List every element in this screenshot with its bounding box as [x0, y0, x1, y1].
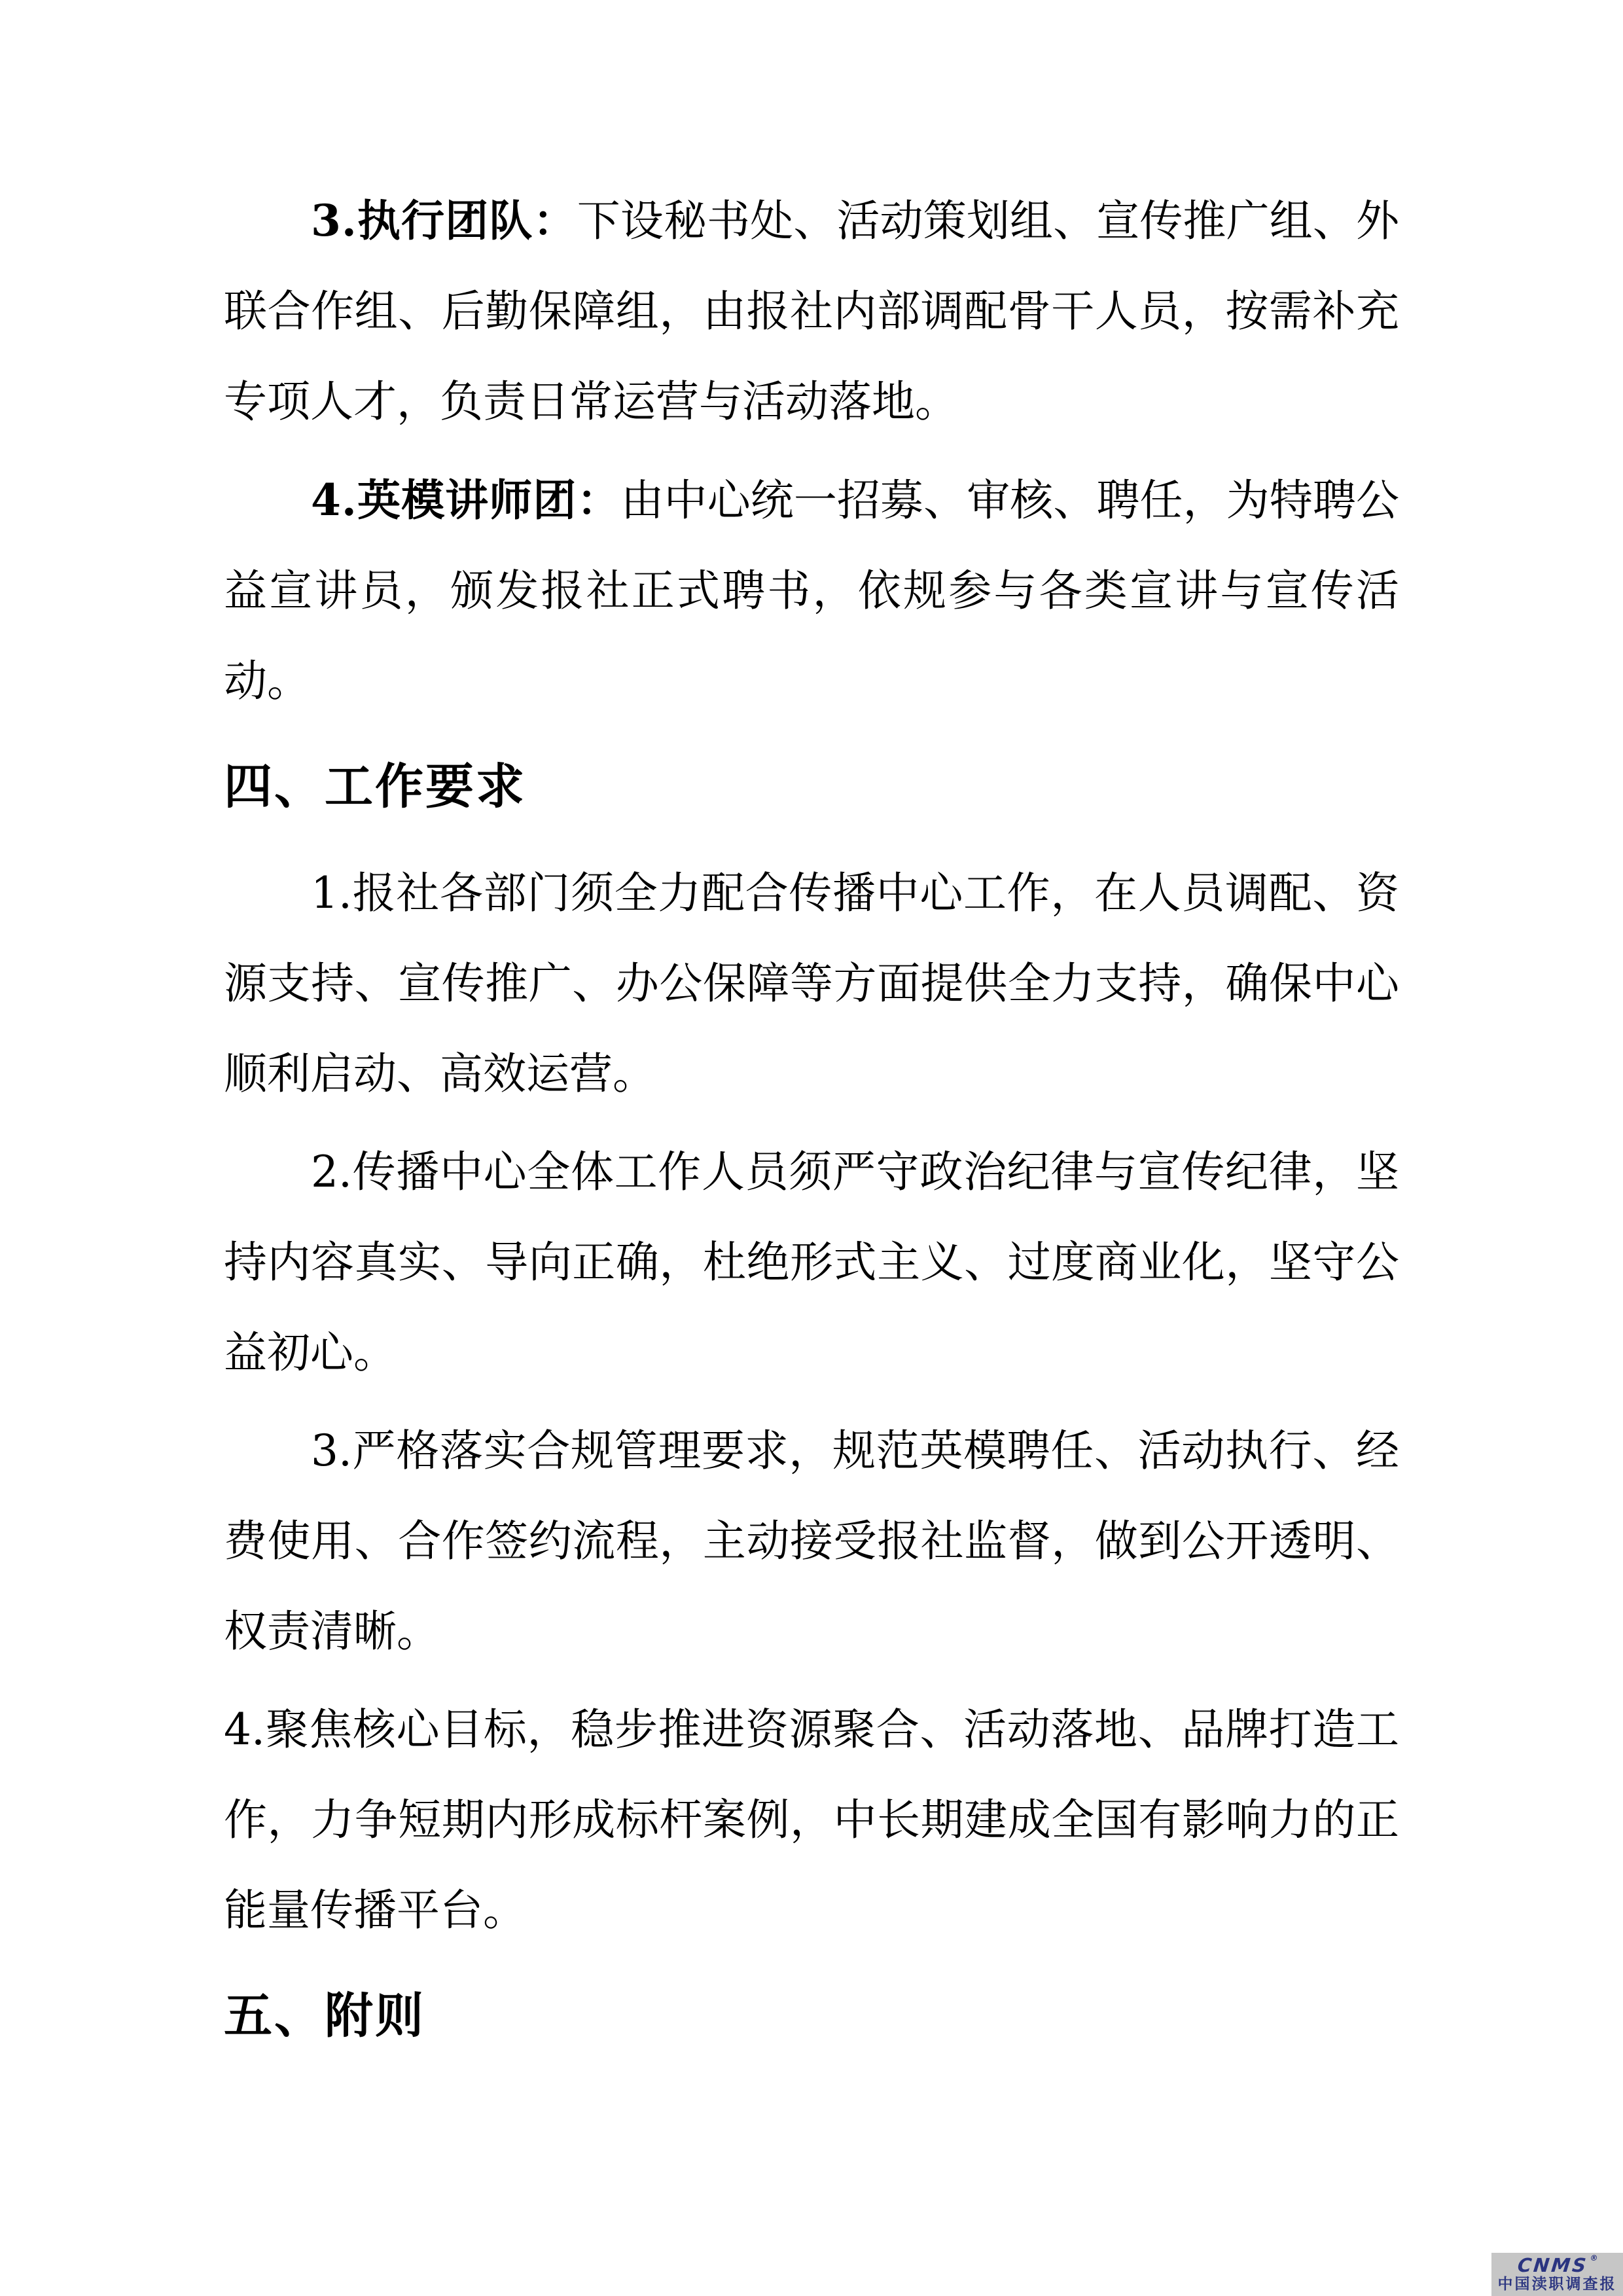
cnms-logo-row: CNMS ®: [1516, 2256, 1597, 2275]
paragraph-requirement-4: 4.聚焦核心目标，稳步推进资源聚合、活动落地、品牌打造工作，力争短期内形成标杆案…: [224, 1685, 1399, 1956]
paragraph-text: 2.传播中心全体工作人员须严守政治纪律与宣传纪律，坚持内容真实、导向正确，杜绝形…: [224, 1147, 1399, 1378]
paragraph-text: 4.聚焦核心目标，稳步推进资源聚合、活动落地、品牌打造工作，力争短期内形成标杆案…: [224, 1704, 1399, 1935]
cnms-watermark-logo: CNMS ® 中国渎职调查报: [1491, 2253, 1623, 2296]
section-heading-supplementary: 五、附则: [224, 1964, 1399, 2068]
paragraph-requirement-3: 3.严格落实合规管理要求，规范英模聘任、活动执行、经费使用、合作签约流程，主动接…: [224, 1406, 1399, 1677]
paragraph-requirement-1: 1.报社各部门须全力配合传播中心工作，在人员调配、资源支持、宣传推广、办公保障等…: [224, 848, 1399, 1119]
paragraph-text: 3.严格落实合规管理要求，规范英模聘任、活动执行、经费使用、合作签约流程，主动接…: [224, 1426, 1399, 1657]
document-page: 3.执行团队：下设秘书处、活动策划组、宣传推广组、外联合作组、后勤保障组，由报社…: [0, 0, 1623, 2296]
section-heading-work-requirements: 四、工作要求: [224, 734, 1399, 839]
watermark-org-name: 中国渎职调查报: [1498, 2276, 1617, 2292]
paragraph-text: 1.报社各部门须全力配合传播中心工作，在人员调配、资源支持、宣传推广、办公保障等…: [224, 868, 1399, 1099]
paragraph-bold-label: 3.执行团队：: [311, 195, 577, 246]
registered-trademark-icon: ®: [1590, 2254, 1598, 2262]
paragraph-lecturer-group: 4.英模讲师团：由中心统一招募、审核、聘任，为特聘公益宣讲员，颁发报社正式聘书，…: [224, 455, 1399, 726]
cnms-logo-icon: CNMS: [1516, 2256, 1588, 2275]
document-body: 3.执行团队：下设秘书处、活动策划组、宣传推广组、外联合作组、后勤保障组，由报社…: [224, 175, 1399, 2077]
paragraph-exec-team: 3.执行团队：下设秘书处、活动策划组、宣传推广组、外联合作组、后勤保障组，由报社…: [224, 175, 1399, 447]
paragraph-requirement-2: 2.传播中心全体工作人员须严守政治纪律与宣传纪律，坚持内容真实、导向正确，杜绝形…: [224, 1127, 1399, 1398]
paragraph-bold-label: 4.英模讲师团：: [311, 475, 621, 526]
